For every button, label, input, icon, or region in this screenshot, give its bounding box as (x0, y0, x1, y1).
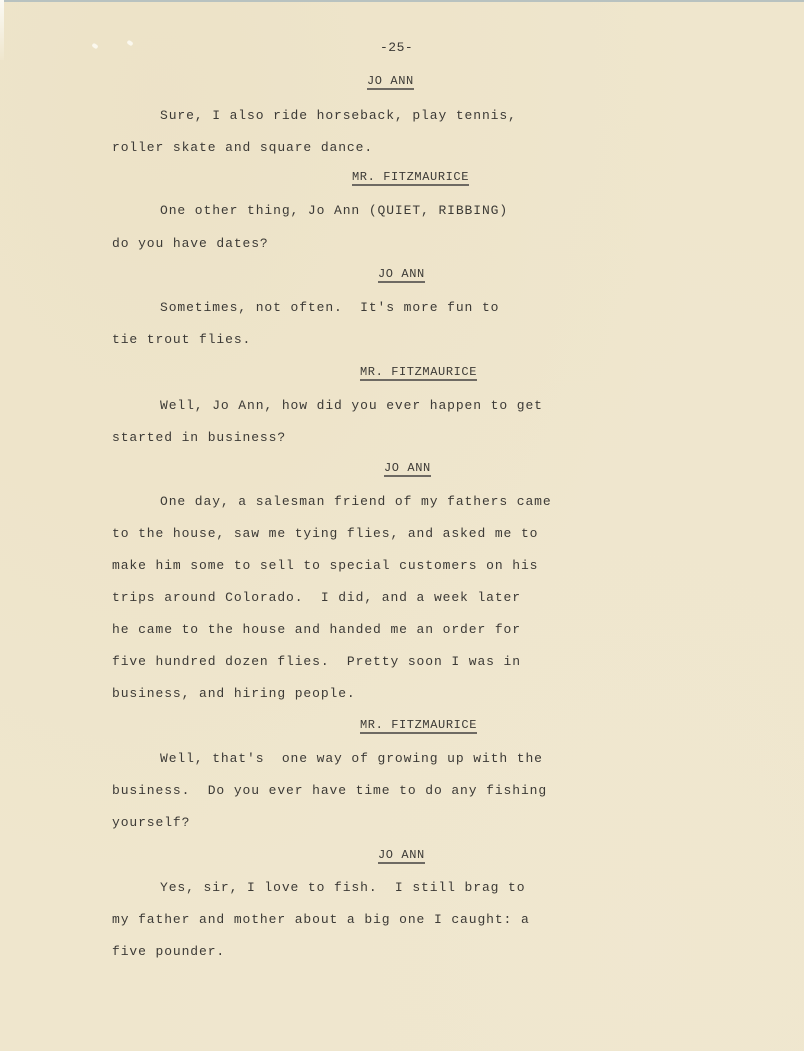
dialogue-line: roller skate and square dance. (112, 140, 373, 156)
dialogue-line: yourself? (112, 815, 190, 831)
page-top-edge (0, 0, 804, 2)
dialogue-line: do you have dates? (112, 236, 269, 252)
dialogue-line: my father and mother about a big one I c… (112, 912, 530, 928)
dialogue-line: to the house, saw me tying flies, and as… (112, 526, 538, 542)
page-left-edge (0, 0, 4, 60)
dialogue-line: Well, Jo Ann, how did you ever happen to… (160, 398, 543, 414)
dialogue-line: five hundred dozen flies. Pretty soon I … (112, 654, 521, 670)
speaker-name: JO ANN (384, 461, 431, 477)
dialogue-line: he came to the house and handed me an or… (112, 622, 521, 638)
dialogue-line: five pounder. (112, 944, 225, 960)
dialogue-line: Sometimes, not often. It's more fun to (160, 300, 499, 316)
speaker-name: JO ANN (367, 74, 414, 90)
speaker-name: JO ANN (378, 848, 425, 864)
speaker-name: MR. FITZMAURICE (360, 718, 477, 734)
dialogue-line: make him some to sell to special custome… (112, 558, 538, 574)
dialogue-line: One day, a salesman friend of my fathers… (160, 494, 552, 510)
page-number: -25- (380, 40, 413, 55)
dialogue-line: business, and hiring people. (112, 686, 356, 702)
dialogue-line: One other thing, Jo Ann (QUIET, RIBBING) (160, 203, 508, 219)
dialogue-line: trips around Colorado. I did, and a week… (112, 590, 521, 606)
dialogue-line: Yes, sir, I love to fish. I still brag t… (160, 880, 525, 896)
speaker-name: JO ANN (378, 267, 425, 283)
dialogue-line: tie trout flies. (112, 332, 251, 348)
dialogue-line: Well, that's one way of growing up with … (160, 751, 543, 767)
dialogue-line: started in business? (112, 430, 286, 446)
dialogue-line: business. Do you ever have time to do an… (112, 783, 547, 799)
speaker-name: MR. FITZMAURICE (352, 170, 469, 186)
speaker-name: MR. FITZMAURICE (360, 365, 477, 381)
dialogue-line: Sure, I also ride horseback, play tennis… (160, 108, 517, 124)
